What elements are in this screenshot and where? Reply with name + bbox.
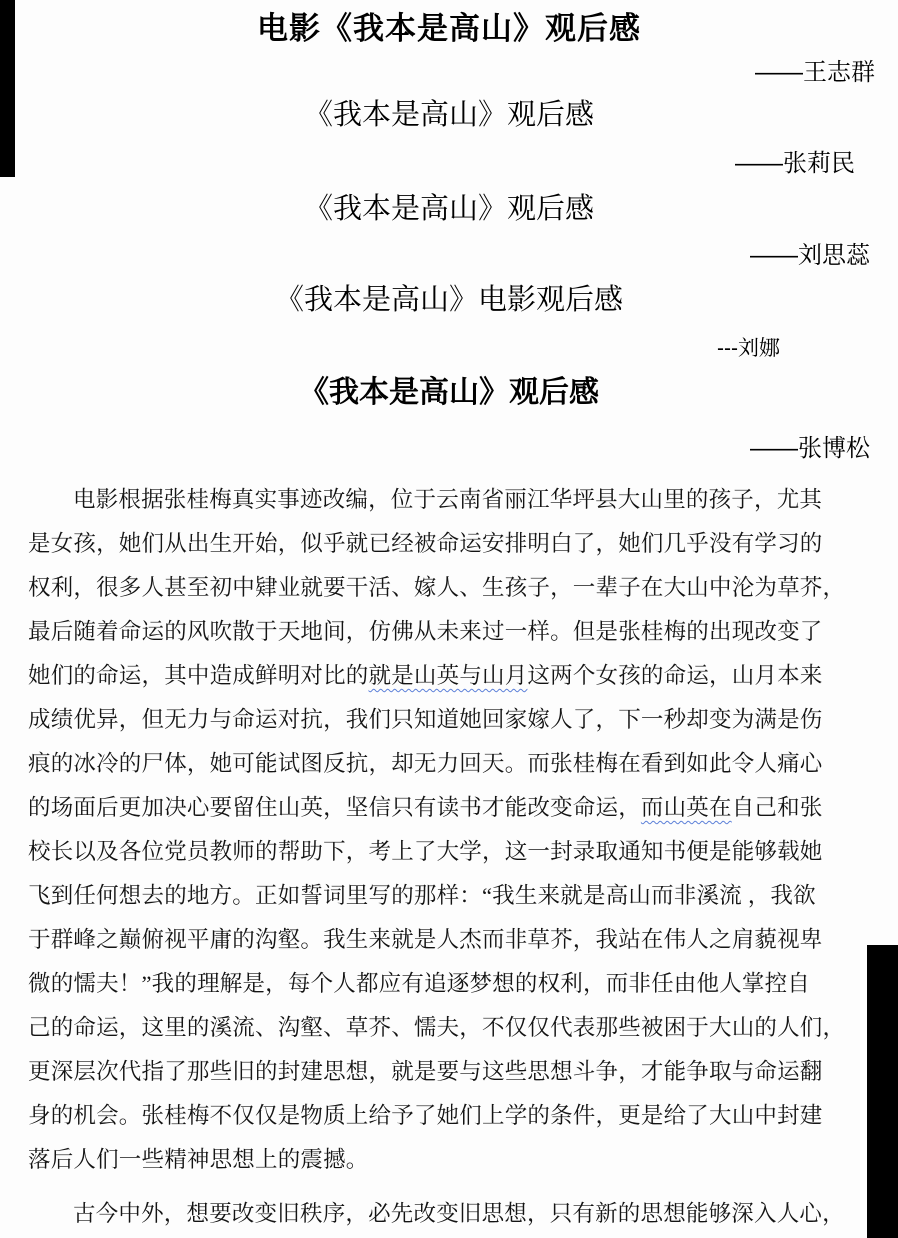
text-segment: 这两个女孩的命运，山月本来 xyxy=(527,663,822,688)
body-text-line: 己的命运，这里的溪流、沟壑、草芥、懦夫，不仅仅代表那些被困于大山的人们， xyxy=(28,1006,856,1050)
essay-1-title: 电影《我本是高山》观后感 xyxy=(0,13,898,44)
text-segment: 成绩优异，但无力与命运对抗，我们只知道她回家嫁人了，下一秒却变为满是伤 xyxy=(28,707,823,732)
text-segment: 己的命运，这里的溪流、沟壑、草芥、懦夫，不仅仅代表那些被困于大山的人们， xyxy=(28,1015,845,1040)
text-segment: 微的懦夫！”我的理解是，每个人都应有追逐梦想的权利，而非任由他人掌控自 xyxy=(28,971,810,996)
body-text-line: 落后人们一些精神思想上的震撼。 xyxy=(28,1138,856,1182)
body-text-line: 古今中外，想要改变旧秩序，必先改变旧思想，只有新的思想能够深入人心， xyxy=(28,1192,856,1236)
text-segment: 古今中外，想要改变旧秩序，必先改变旧思想，只有新的思想能够深入人心， xyxy=(73,1201,845,1226)
text-segment: 她们的命运，其中造成鲜明对比的 xyxy=(28,663,369,688)
essay-4-author: ---刘娜 xyxy=(717,338,780,359)
essay-3-title: 《我本是高山》观后感 xyxy=(0,195,898,224)
essay-5-title: 《我本是高山》观后感 xyxy=(0,378,898,408)
body-text-line: 于群峰之巅俯视平庸的沟壑。我生来就是人杰而非草芥，我站在伟人之肩藐视卑 xyxy=(28,918,856,962)
body-paragraph-2: 古今中外，想要改变旧秩序，必先改变旧思想，只有新的思想能够深入人心， xyxy=(28,1192,856,1236)
text-segment: 更深层次代指了那些旧的封建思想，就是要与这些思想斗争，才能争取与命运翻 xyxy=(28,1059,823,1084)
body-text-line: 痕的冰冷的尸体，她可能试图反抗，却无力回天。而张桂梅在看到如此令人痛心 xyxy=(28,742,856,786)
body-text-line: 校长以及各位党员教师的帮助下，考上了大学，这一封录取通知书便是能够载她 xyxy=(28,830,856,874)
essay-3-author: ——刘思蕊 xyxy=(750,244,870,268)
body-text-line: 身的机会。张桂梅不仅仅是物质上给予了她们上学的条件，更是给了大山中封建 xyxy=(28,1094,856,1138)
scan-artifact-right-bar xyxy=(867,945,898,1238)
essay-body: 电影根据张桂梅真实事迹改编，位于云南省丽江华坪县大山里的孩子，尤其是女孩，她们从… xyxy=(28,478,856,1236)
body-text-line: 最后随着命运的风吹散于天地间，仿佛从未来过一样。但是张桂梅的出现改变了 xyxy=(28,610,856,654)
body-text-line: 微的懦夫！”我的理解是，每个人都应有追逐梦想的权利，而非任由他人掌控自 xyxy=(28,962,856,1006)
text-segment: 于群峰之巅俯视平庸的沟壑。我生来就是人杰而非草芥，我站在伟人之肩藐视卑 xyxy=(28,927,823,952)
essay-2-title: 《我本是高山》观后感 xyxy=(0,101,898,130)
body-text-line: 她们的命运，其中造成鲜明对比的就是山英与山月这两个女孩的命运，山月本来 xyxy=(28,654,856,698)
body-text-line: 飞到任何想去的地方。正如誓词里写的那样：“我生来就是高山而非溪流 ，我欲 xyxy=(28,874,856,918)
text-segment: 身的机会。张桂梅不仅仅是物质上给予了她们上学的条件，更是给了大山中封建 xyxy=(28,1103,823,1128)
text-segment: 自己和张 xyxy=(732,795,823,820)
text-segment: 最后随着命运的风吹散于天地间，仿佛从未来过一样。但是张桂梅的出现改变了 xyxy=(28,619,823,644)
document-page: 电影《我本是高山》观后感 ——王志群 《我本是高山》观后感 ——张莉民 《我本是… xyxy=(0,0,898,1238)
text-segment: 的场面后更加决心要留住山英，坚信只有读书才能改变命运， xyxy=(28,795,641,820)
text-segment: 电影根据张桂梅真实事迹改编，位于云南省丽江华坪县大山里的孩子，尤其 xyxy=(73,487,822,512)
text-segment: 痕的冰冷的尸体，她可能试图反抗，却无力回天。而张桂梅在看到如此令人痛心 xyxy=(28,751,823,776)
text-segment: 落后人们一些精神思想上的震撼。 xyxy=(28,1147,369,1172)
text-segment: 权利，很多人甚至初中肄业就要干活、嫁人、生孩子，一辈子在大山中沦为草芥， xyxy=(28,575,845,600)
text-segment: 校长以及各位党员教师的帮助下，考上了大学，这一封录取通知书便是能够载她 xyxy=(28,839,823,864)
spellcheck-flagged-text: 就是山英与山月 xyxy=(369,663,528,688)
text-segment: 飞到任何想去的地方。正如誓词里写的那样：“我生来就是高山而非溪流 ，我欲 xyxy=(28,883,816,908)
body-text-line: 是女孩，她们从出生开始，似乎就已经被命运安排明白了，她们几乎没有学习的 xyxy=(28,522,856,566)
body-paragraph-1: 电影根据张桂梅真实事迹改编，位于云南省丽江华坪县大山里的孩子，尤其是女孩，她们从… xyxy=(28,478,856,1182)
body-text-line: 权利，很多人甚至初中肄业就要干活、嫁人、生孩子，一辈子在大山中沦为草芥， xyxy=(28,566,856,610)
essay-1-author: ——王志群 xyxy=(755,61,875,85)
body-text-line: 更深层次代指了那些旧的封建思想，就是要与这些思想斗争，才能争取与命运翻 xyxy=(28,1050,856,1094)
body-text-line: 的场面后更加决心要留住山英，坚信只有读书才能改变命运，而山英在自己和张 xyxy=(28,786,856,830)
body-text-line: 电影根据张桂梅真实事迹改编，位于云南省丽江华坪县大山里的孩子，尤其 xyxy=(28,478,856,522)
text-segment: 是女孩，她们从出生开始，似乎就已经被命运安排明白了，她们几乎没有学习的 xyxy=(28,531,823,556)
essay-5-author: ——张博松 xyxy=(750,437,870,461)
essay-2-author: ——张莉民 xyxy=(735,152,855,176)
essay-4-title: 《我本是高山》电影观后感 xyxy=(0,286,898,315)
spellcheck-flagged-text: 而山英在 xyxy=(641,795,732,820)
body-text-line: 成绩优异，但无力与命运对抗，我们只知道她回家嫁人了，下一秒却变为满是伤 xyxy=(28,698,856,742)
